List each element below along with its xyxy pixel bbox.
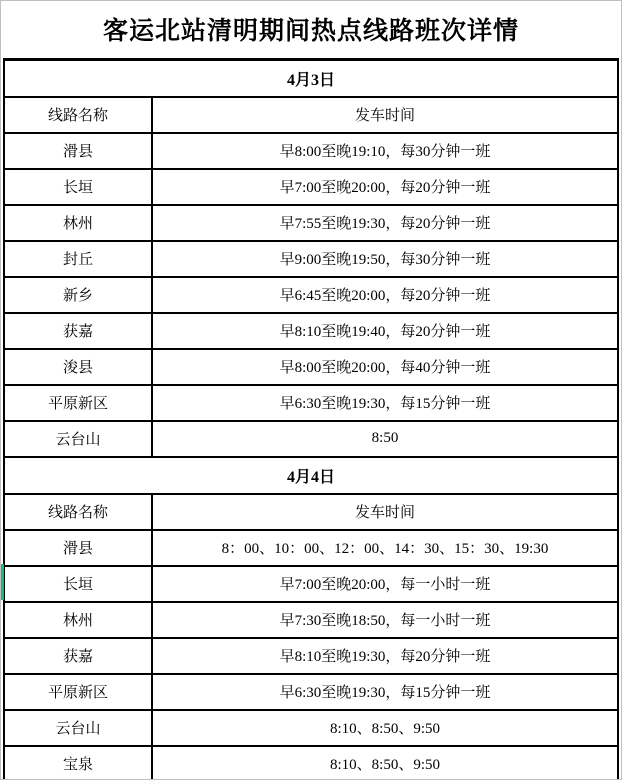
date-row: 4月3日: [4, 60, 618, 97]
column-header-time: 发车时间: [152, 97, 618, 133]
table-row: 长垣早7:00至晚20:00，每一小时一班: [4, 566, 618, 602]
schedule-table-body: 4月3日线路名称发车时间滑县早8:00至晚19:10，每30分钟一班长垣早7:0…: [4, 60, 618, 780]
table-row: 获嘉早8:10至晚19:40，每20分钟一班: [4, 313, 618, 349]
table-row: 平原新区早6:30至晚19:30，每15分钟一班: [4, 674, 618, 710]
table-row: 林州早7:55至晚19:30，每20分钟一班: [4, 205, 618, 241]
table-row: 浚县早8:00至晚20:00，每40分钟一班: [4, 349, 618, 385]
route-cell: 林州: [4, 602, 152, 638]
column-header-time: 发车时间: [152, 494, 618, 530]
schedule-table: 4月3日线路名称发车时间滑县早8:00至晚19:10，每30分钟一班长垣早7:0…: [3, 58, 619, 780]
route-cell: 云台山: [4, 710, 152, 746]
route-cell: 林州: [4, 205, 152, 241]
table-row: 封丘早9:00至晚19:50，每30分钟一班: [4, 241, 618, 277]
route-cell: 新乡: [4, 277, 152, 313]
table-row: 新乡早6:45至晚20:00，每20分钟一班: [4, 277, 618, 313]
column-header-route: 线路名称: [4, 97, 152, 133]
time-cell: 8:10、8:50、9:50: [152, 746, 618, 780]
table-row: 宝泉8:10、8:50、9:50: [4, 746, 618, 780]
time-cell: 早6:45至晚20:00，每20分钟一班: [152, 277, 618, 313]
date-row: 4月4日: [4, 457, 618, 494]
time-cell: 8:10、8:50、9:50: [152, 710, 618, 746]
time-cell: 早8:10至晚19:30，每20分钟一班: [152, 638, 618, 674]
table-row: 云台山8:50: [4, 421, 618, 457]
route-cell: 浚县: [4, 349, 152, 385]
table-row: 云台山8:10、8:50、9:50: [4, 710, 618, 746]
table-row: 滑县8：00、10：00、12：00、14：30、15：30、19:30: [4, 530, 618, 566]
route-cell: 云台山: [4, 421, 152, 457]
table-row: 滑县早8:00至晚19:10，每30分钟一班: [4, 133, 618, 169]
table-row: 林州早7:30至晚18:50，每一小时一班: [4, 602, 618, 638]
time-cell: 早7:00至晚20:00，每20分钟一班: [152, 169, 618, 205]
route-cell: 获嘉: [4, 313, 152, 349]
time-cell: 早7:30至晚18:50，每一小时一班: [152, 602, 618, 638]
column-header-row: 线路名称发车时间: [4, 97, 618, 133]
page-title: 客运北站清明期间热点线路班次详情: [1, 1, 621, 57]
route-cell: 宝泉: [4, 746, 152, 780]
column-header-row: 线路名称发车时间: [4, 494, 618, 530]
time-cell: 早7:55至晚19:30，每20分钟一班: [152, 205, 618, 241]
route-cell: 平原新区: [4, 674, 152, 710]
route-cell: 滑县: [4, 133, 152, 169]
time-cell: 8：00、10：00、12：00、14：30、15：30、19:30: [152, 530, 618, 566]
table-row: 长垣早7:00至晚20:00，每20分钟一班: [4, 169, 618, 205]
route-cell: 长垣: [4, 566, 152, 602]
route-cell: 长垣: [4, 169, 152, 205]
route-cell: 平原新区: [4, 385, 152, 421]
time-cell: 早8:00至晚20:00，每40分钟一班: [152, 349, 618, 385]
time-cell: 早8:00至晚19:10，每30分钟一班: [152, 133, 618, 169]
time-cell: 早6:30至晚19:30，每15分钟一班: [152, 385, 618, 421]
time-cell: 8:50: [152, 421, 618, 457]
route-cell: 滑县: [4, 530, 152, 566]
date-label: 4月4日: [4, 457, 618, 494]
route-cell: 获嘉: [4, 638, 152, 674]
time-cell: 早7:00至晚20:00，每一小时一班: [152, 566, 618, 602]
schedule-page: 客运北站清明期间热点线路班次详情 4月3日线路名称发车时间滑县早8:00至晚19…: [0, 0, 622, 780]
time-cell: 早6:30至晚19:30，每15分钟一班: [152, 674, 618, 710]
date-label: 4月3日: [4, 60, 618, 97]
table-row: 获嘉早8:10至晚19:30，每20分钟一班: [4, 638, 618, 674]
time-cell: 早9:00至晚19:50，每30分钟一班: [152, 241, 618, 277]
time-cell: 早8:10至晚19:40，每20分钟一班: [152, 313, 618, 349]
route-cell: 封丘: [4, 241, 152, 277]
row-selection-marker: [1, 564, 4, 600]
column-header-route: 线路名称: [4, 494, 152, 530]
table-row: 平原新区早6:30至晚19:30，每15分钟一班: [4, 385, 618, 421]
